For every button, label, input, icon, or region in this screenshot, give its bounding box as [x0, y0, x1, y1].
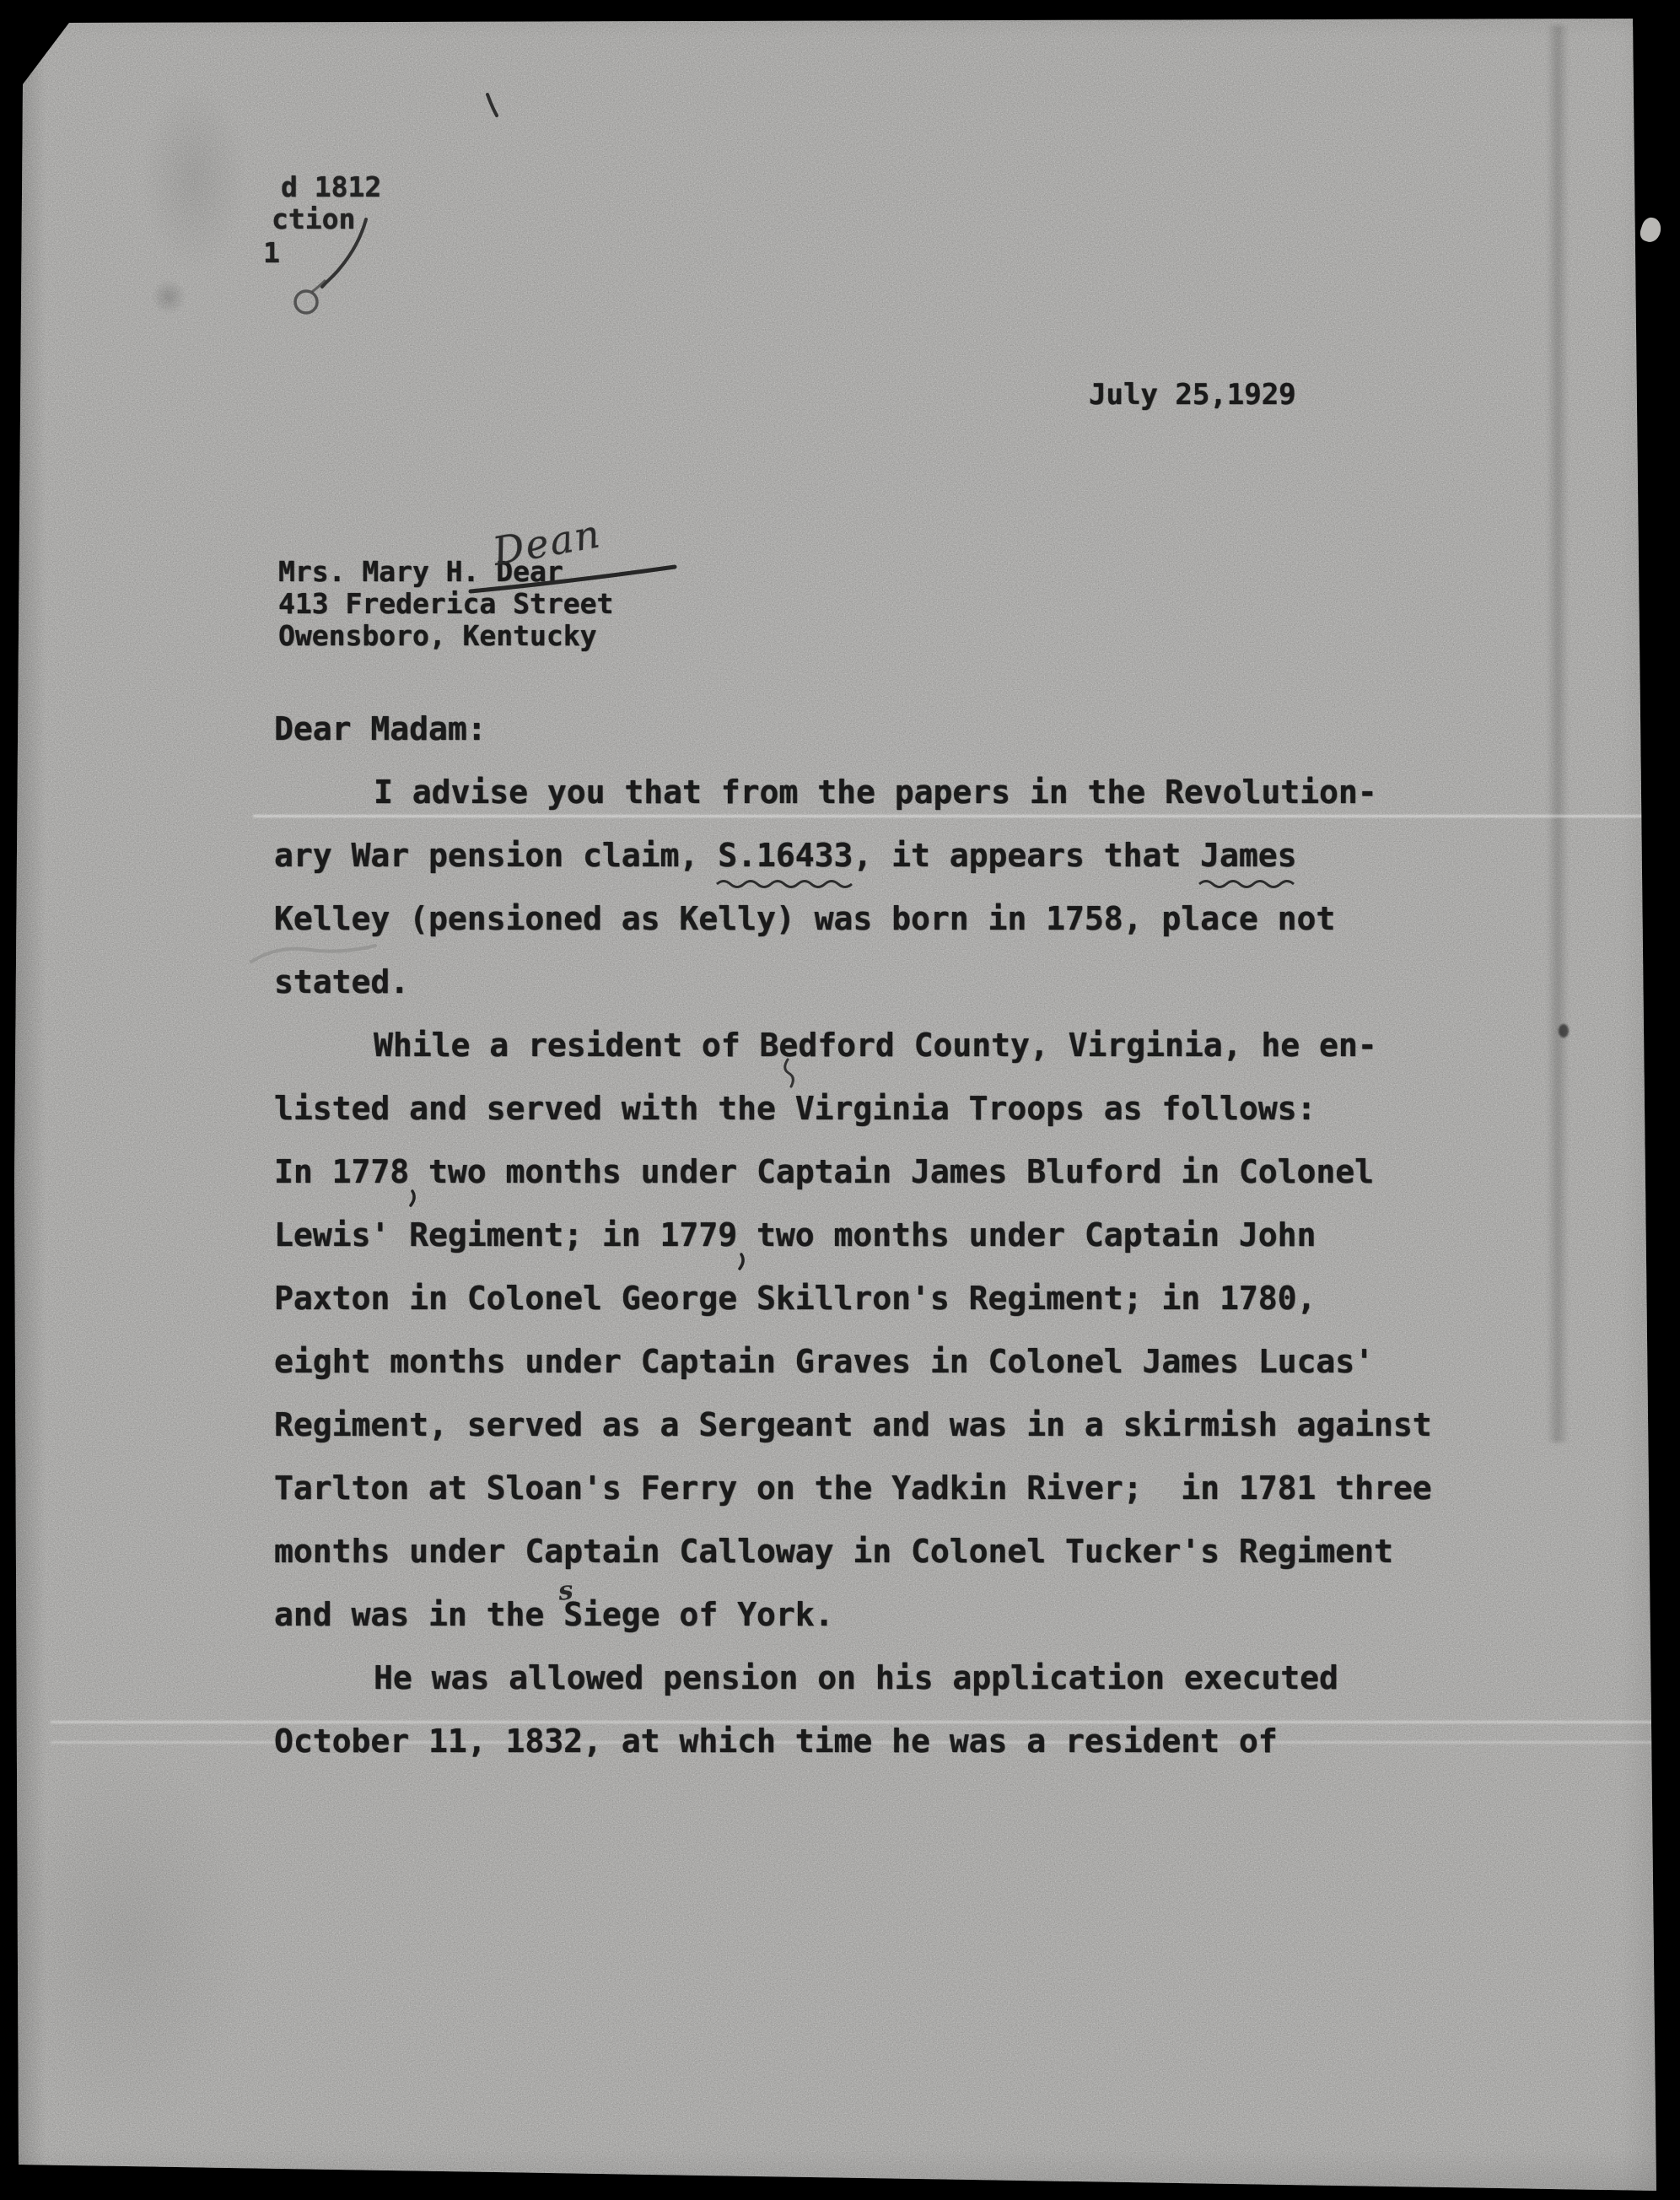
typed-line: I advise you that from the papers in the… — [374, 776, 1377, 808]
salutation: Dear Madam: — [274, 713, 487, 745]
paper-sheet: d 1812 ction 1 July 25,1929 Mrs. Mary H.… — [0, 0, 1680, 2200]
typed-line: eight months under Captain Graves in Col… — [274, 1345, 1374, 1378]
paper-crease — [1547, 25, 1569, 1442]
typed-line: and was in the Siege of York. — [274, 1599, 833, 1631]
scribble-loop — [295, 291, 317, 313]
stamp-fragment-line1: d 1812 — [281, 173, 381, 201]
pencil-swish — [251, 946, 375, 962]
typed-line: October 11, 1832, at which time he was a… — [274, 1725, 1278, 1757]
recipient-street: 413 Frederica Street — [278, 590, 613, 617]
stamp-fragment-line3: 1 — [263, 239, 280, 267]
wavy-underline-claim — [717, 882, 852, 887]
typed-line: Kelley (pensioned as Kelly) was born in … — [274, 903, 1335, 935]
tick-mark — [487, 94, 497, 116]
typed-line: listed and served with the Virginia Troo… — [274, 1092, 1316, 1124]
typed-line: Lewis' Regiment; in 1779 two months unde… — [274, 1219, 1316, 1251]
inserted-comma-1779 — [740, 1254, 743, 1269]
stamp-fragment-line2: ction — [272, 205, 355, 233]
typed-line: ary War pension claim, S.16433, it appea… — [274, 839, 1297, 871]
handwritten-name-correction: Dean — [489, 510, 605, 574]
wavy-underline-name — [1199, 882, 1294, 887]
scribble-tail — [312, 280, 326, 292]
inserted-comma-1778 — [411, 1191, 414, 1205]
typed-line: Regiment, served as a Sergeant and was i… — [274, 1409, 1432, 1441]
typed-line: Paxton in Colonel George Skillron's Regi… — [274, 1282, 1316, 1314]
recipient-city: Owensboro, Kentucky — [278, 622, 597, 650]
typed-line: While a resident of Bedford County, Virg… — [374, 1029, 1377, 1061]
typed-line: He was allowed pension on his applicatio… — [374, 1662, 1338, 1694]
typed-line: months under Captain Calloway in Colonel… — [274, 1535, 1393, 1567]
border-speck — [1638, 215, 1664, 245]
recipient-name-prefix: Mrs. Mary H. — [278, 555, 496, 588]
scanned-letter-page: { "page": { "background_color": "#000000… — [0, 0, 1680, 2200]
typed-line: Tarlton at Sloan's Ferry on the Yadkin R… — [274, 1472, 1432, 1504]
scanline-streak — [253, 815, 1653, 817]
typed-line: stated. — [274, 966, 409, 998]
ink-spot — [1559, 1024, 1569, 1038]
letter-date: July 25,1929 — [1089, 380, 1296, 409]
typed-line: In 1778 two months under Captain James B… — [274, 1156, 1374, 1188]
